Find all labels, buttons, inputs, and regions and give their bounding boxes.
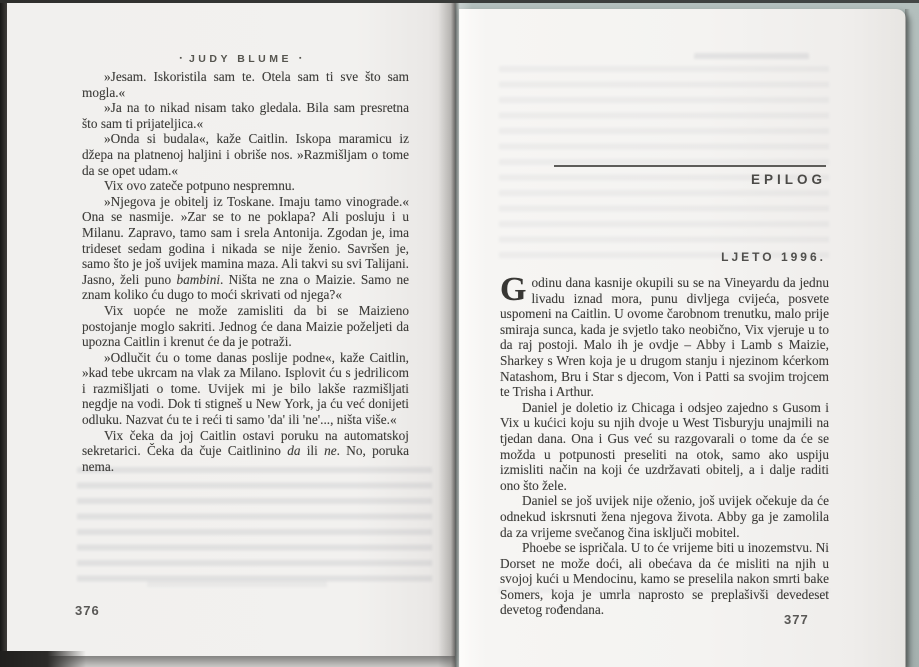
paragraph: Daniel je doletio iz Chicaga i odsjeo za… (500, 400, 829, 494)
right-page: EPILOG LJETO 1996. Godinu dana kasnije o… (459, 9, 906, 667)
show-through-text (77, 467, 432, 589)
running-header-title: JUDY BLUME (189, 53, 292, 65)
left-page-text: »Jesam. Iskoristila sam te. Otela sam ti… (82, 69, 409, 474)
section-title: LJETO 1996. (499, 250, 826, 264)
paragraph: »Onda si budala«, kaže Caitlin. Iskopa m… (82, 131, 409, 178)
paragraph: Daniel se još uvijek nije oženio, još uv… (500, 493, 829, 540)
header-bullet-icon: ▪ (179, 55, 181, 62)
drop-cap: G (500, 276, 526, 303)
paragraph: »Njegova je obitelj iz Toskane. Imaju ta… (82, 194, 409, 303)
show-through-text (694, 53, 809, 62)
chapter-title: EPILOG (499, 172, 826, 187)
header-bullet-icon: ▪ (299, 55, 301, 62)
paragraph: Phoebe se ispričala. U to će vrijeme bit… (500, 540, 829, 618)
paragraph: »Ja na to nikad nisam tako gledala. Bila… (82, 100, 409, 131)
right-page-text: Godinu dana kasnije okupili su se na Vin… (500, 275, 829, 618)
book-spread-photo: ▪JUDY BLUME▪ »Jesam. Iskoristila sam te.… (0, 0, 919, 667)
running-header: ▪JUDY BLUME▪ (77, 53, 404, 65)
photo-left-edge (0, 0, 7, 667)
paragraph: Vix uopće ne može zamisliti da bi se Mai… (82, 303, 409, 350)
paragraph: Godinu dana kasnije okupili su se na Vin… (500, 275, 829, 400)
paragraph: Vix ovo zateče potpuno nespremnu. (82, 178, 409, 194)
page-number-right: 377 (784, 612, 809, 627)
show-through-text (147, 581, 327, 591)
show-through-text (499, 66, 829, 156)
page-number-left: 376 (75, 603, 100, 618)
chapter-rule (554, 165, 826, 167)
paragraph: Vix čeka da joj Caitlin ostavi poruku na… (82, 428, 409, 475)
paragraph: »Jesam. Iskoristila sam te. Otela sam ti… (82, 69, 409, 100)
paragraph: »Odlučit ću o tome danas poslije podne«,… (82, 350, 409, 428)
left-page: ▪JUDY BLUME▪ »Jesam. Iskoristila sam te.… (7, 3, 455, 656)
photo-top-edge (0, 0, 919, 3)
photo-bottom-left-corner (0, 651, 86, 667)
book-gutter (438, 0, 472, 667)
page-stack-edge (905, 9, 910, 667)
